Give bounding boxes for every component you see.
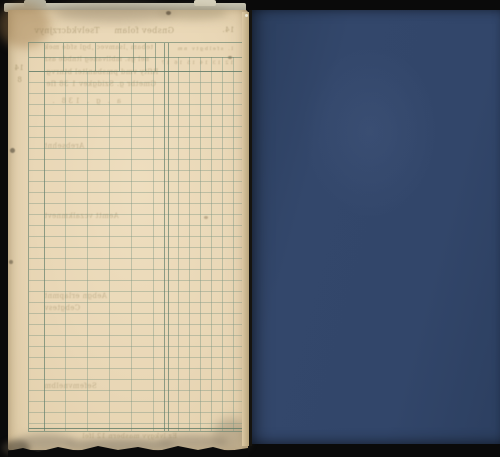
bleedthrough-header: tebam ,lsamvec ,bgl sfde mek bbox=[44, 44, 153, 51]
bleedthrough-entry: Gmetbr g. Szidgkev 1 38 fle bbox=[46, 81, 156, 88]
grid-columns-right bbox=[168, 57, 244, 431]
bleedthrough-title: Tselvkdcrzjnyv bbox=[34, 27, 99, 35]
section-divider-rule bbox=[164, 43, 165, 431]
grid-columns-left bbox=[44, 71, 164, 431]
bleedthrough-label: Cebgtesv bbox=[44, 305, 80, 312]
bleedthrough-header: nel gs. mbllvaneg ltnbde asz bbox=[44, 56, 149, 63]
page-stack-tab bbox=[24, 0, 46, 7]
header-divider bbox=[155, 43, 156, 71]
bleedthrough-page-number: 14. bbox=[222, 27, 234, 34]
book-cover bbox=[252, 10, 500, 444]
bleedthrough-title: Gnsbev folam bbox=[114, 27, 174, 35]
margin-column-rule bbox=[44, 43, 45, 431]
bleedthrough-label: Arebsehnt bbox=[44, 143, 84, 150]
section-divider-rule bbox=[168, 43, 169, 431]
cover-sheen bbox=[302, 45, 438, 219]
bleedthrough-label: Aemtt vczalkmnevt bbox=[44, 213, 119, 220]
grid-rows bbox=[29, 71, 242, 431]
sum-line-rule bbox=[29, 428, 242, 429]
bleedthrough-entry: a . g . 138 . bbox=[50, 98, 121, 105]
paper-speck bbox=[245, 14, 248, 17]
stain bbox=[166, 11, 171, 15]
page-stack-tab bbox=[194, 0, 216, 6]
bleedthrough-entry: Rflty vmd pmsbanltel btnrvg bbox=[46, 69, 158, 76]
bleedthrough-margin-number: 8 bbox=[17, 77, 22, 84]
bleedthrough-header-group: l. sfelbgtv nm bbox=[176, 47, 233, 52]
bleedthrough-label: Aebgn erlapmnt bbox=[44, 293, 107, 300]
scanned-document: Tselvkdcrzjnyv Gnsbev folam 14. tebam ,l… bbox=[0, 0, 500, 457]
bleedthrough-column-numbers: 12 13 14 15 16 17 bbox=[160, 61, 233, 66]
ledger-page: Tselvkdcrzjnyv Gnsbev folam 14. tebam ,l… bbox=[8, 10, 248, 450]
bleedthrough-label: Sefemvnelbm bbox=[44, 383, 97, 390]
bleedthrough-margin-number: 14 bbox=[14, 65, 24, 72]
stain bbox=[16, 434, 76, 450]
stain bbox=[10, 148, 15, 153]
bleedthrough-footer: Ez lvkgyv masbern 12 lfel bbox=[82, 433, 177, 440]
stain bbox=[9, 260, 13, 264]
